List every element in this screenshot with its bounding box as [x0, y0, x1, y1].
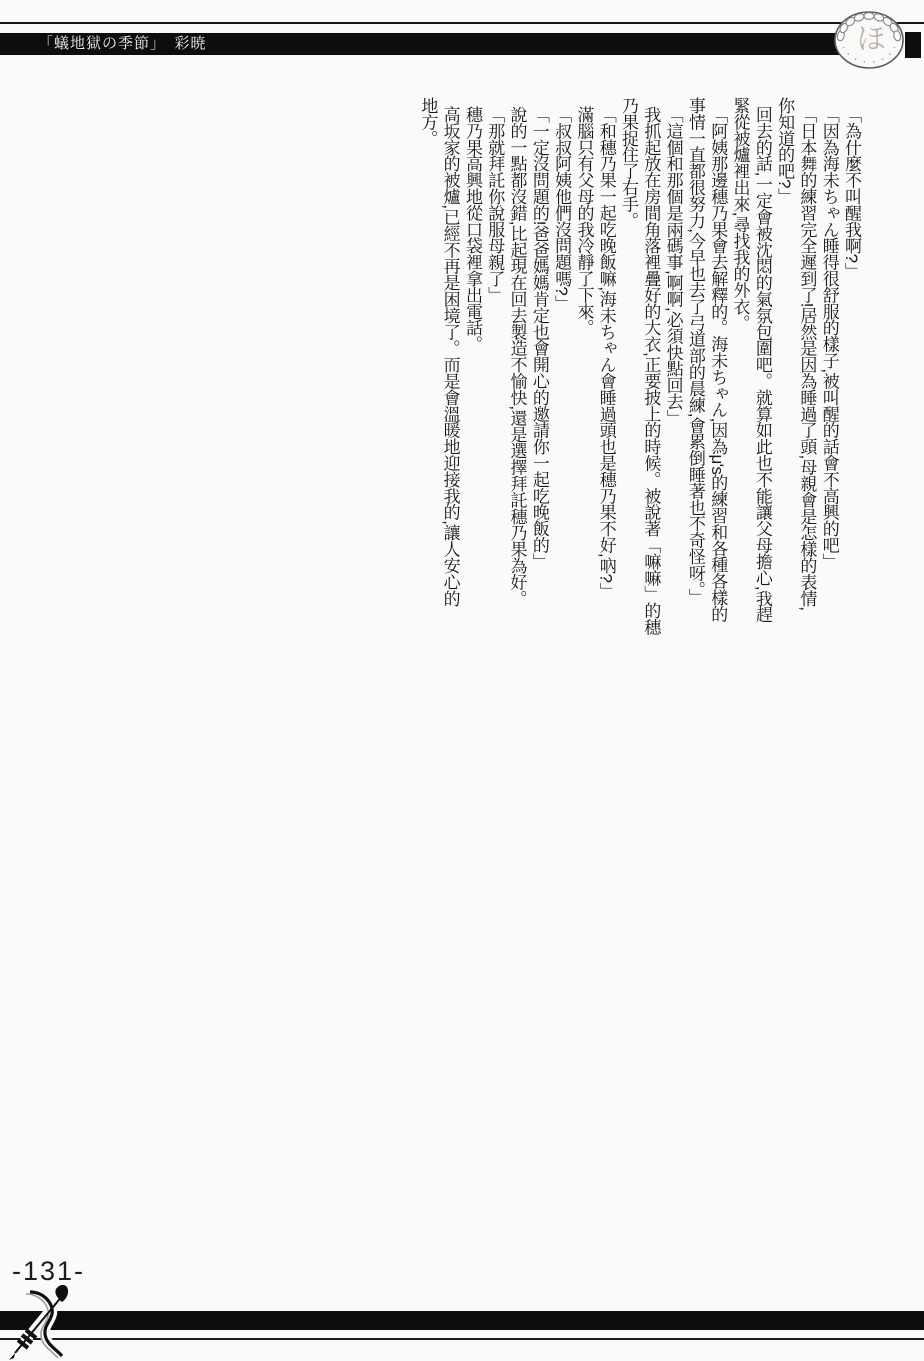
- text-line: 滿腦只有父母的我冷靜了下來。: [572, 97, 594, 635]
- footer-bar: [0, 1311, 924, 1330]
- scanned-page: 「蟻地獄の季節」 彩暁 ほ: [0, 0, 924, 1361]
- bow-arrow-icon: [0, 1246, 130, 1361]
- header-bar-endcap: [905, 32, 921, 58]
- text-line: 「一定沒問題的!爸爸媽媽肯定也會開心的邀請你一起吃晚飯的」: [528, 97, 550, 635]
- text-line: 「阿姨那邊穗乃果會去解釋的。海未ちゃん,因為μ's的練習和各種各樣的: [706, 97, 728, 635]
- ho-stamp: ほ: [833, 9, 905, 71]
- text-line: 你知道的吧?」: [773, 97, 795, 635]
- text-line: 地方。: [416, 97, 438, 635]
- footer-rule: [0, 1338, 924, 1340]
- stamp-character: ほ: [857, 26, 886, 55]
- text-line: 「叔叔阿姨他們沒問題嗎?」: [550, 97, 572, 635]
- text-line: 「為什麼不叫醒我啊?」: [840, 97, 862, 635]
- text-line: 「因為海未ちゃん睡得很舒服的樣子,被叫醒的話會不高興的吧」: [817, 97, 839, 635]
- text-line: 「日本舞的練習完全遲到了!居然是因為睡過了頭,母親會是怎樣的表情,: [795, 97, 817, 635]
- text-line: 事情一直都很努力,今早也去了弓道部的晨練,會累倒睡著也不奇怪呀。」: [684, 97, 706, 635]
- text-line: 「這個和那個是兩碼事,啊啊,必須快點回去」: [661, 97, 683, 635]
- text-line: 穗乃果高興地從口袋裡拿出電話。: [461, 97, 483, 635]
- text-line: 「那就拜託你說服母親了」: [483, 97, 505, 635]
- header-rule: [0, 22, 924, 24]
- text-line: 回去的話,一定會被沈悶的氣氛包圍吧。就算如此也不能讓父母擔心,我趕: [751, 97, 773, 635]
- text-line: 緊從被爐裡出來,尋找我的外衣。: [728, 97, 750, 635]
- text-line: 說的一點都沒錯,比起現在回去製造不愉快,還是選擇拜託穗乃果為好。: [505, 97, 527, 635]
- text-line: 我抓起放在房間角落裡疊好的大衣,正要披上的時候。被說著「嘛嘛」的穗: [639, 97, 661, 635]
- text-line: 「和穗乃果一起吃晚飯嘛,海未ちゃん會睡過頭也是穗乃果不好,吶?」: [594, 97, 616, 635]
- page-header-title: 「蟻地獄の季節」 彩暁: [38, 33, 207, 55]
- text-line: 高坂家的被爐,已經不再是困境了。而是會溫暖地迎接我的,讓人安心的: [438, 97, 460, 635]
- body-text: 「為什麼不叫醒我啊?」 「因為海未ちゃん睡得很舒服的樣子,被叫醒的話會不高興的吧…: [416, 97, 862, 635]
- text-line: 乃果捉住了右手。: [617, 97, 639, 635]
